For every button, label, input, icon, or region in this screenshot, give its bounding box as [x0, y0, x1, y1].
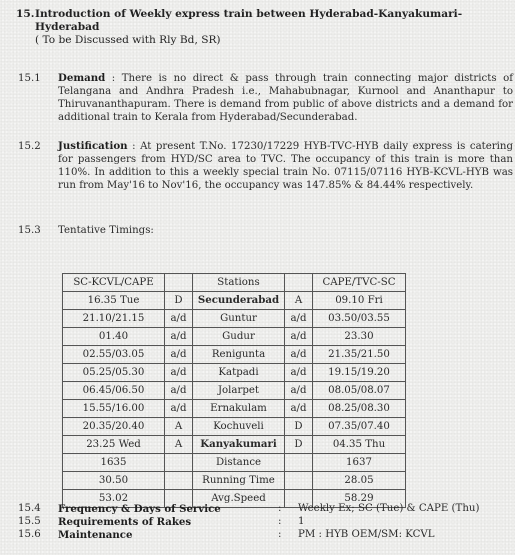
- rakes-row: 15.5 Requirements of Rakes : 1: [18, 516, 508, 528]
- return-time-cell: 07.35/07.40: [313, 418, 406, 436]
- return-code-cell: a/d: [285, 346, 313, 364]
- section-title-line2: Hyderabad: [35, 21, 99, 33]
- outbound-code-cell: a/d: [165, 328, 193, 346]
- return-time-cell: 28.05: [313, 472, 406, 490]
- header-station-cell: Stations: [193, 274, 285, 292]
- return-code-cell: [285, 454, 313, 472]
- maintenance-row: 15.6 Maintenance : PM : HYB OEM/SM: KCVL: [18, 529, 508, 541]
- frequency-row: 15.4 Frequency & Days of Service : Weekl…: [18, 503, 508, 515]
- return-code-cell: D: [285, 436, 313, 454]
- table-row: 06.45/06.50a/dJolarpeta/d08.05/08.07: [63, 382, 406, 400]
- justification-body: Justification : At present T.No. 17230/1…: [58, 140, 513, 192]
- outbound-code-cell: a/d: [165, 364, 193, 382]
- outbound-code-cell: A: [165, 418, 193, 436]
- return-time-cell: 1637: [313, 454, 406, 472]
- justification-number: 15.2: [18, 140, 58, 153]
- table-row: 23.25 WedAKanyakumariD04.35 Thu: [63, 436, 406, 454]
- return-code-cell: a/d: [285, 310, 313, 328]
- outbound-code-cell: [165, 472, 193, 490]
- demand-number: 15.1: [18, 72, 58, 85]
- frequency-colon: :: [278, 503, 281, 515]
- outbound-time-cell: 1635: [63, 454, 165, 472]
- timings-table: SC-KCVL/CAPEStationsCAPE/TVC-SC16.35 Tue…: [62, 273, 406, 508]
- outbound-time-cell: 23.25 Wed: [63, 436, 165, 454]
- return-code-cell: a/d: [285, 328, 313, 346]
- station-cell: Gudur: [193, 328, 285, 346]
- return-time-cell: 21.35/21.50: [313, 346, 406, 364]
- return-time-cell: 08.05/08.07: [313, 382, 406, 400]
- return-code-cell: a/d: [285, 400, 313, 418]
- return-time-cell: 19.15/19.20: [313, 364, 406, 382]
- outbound-time-cell: 15.55/16.00: [63, 400, 165, 418]
- document-page: 15.Introduction of Weekly express train …: [0, 0, 515, 555]
- return-time-cell: 04.35 Thu: [313, 436, 406, 454]
- header-outbound-time-cell: SC-KCVL/CAPE: [63, 274, 165, 292]
- table-row: 20.35/20.40AKochuveliD07.35/07.40: [63, 418, 406, 436]
- demand-label: Demand: [58, 72, 105, 84]
- station-cell: Secunderabad: [193, 292, 285, 310]
- timings-label: Tentative Timings:: [58, 224, 513, 237]
- return-time-cell: 09.10 Fri: [313, 292, 406, 310]
- section-title: Introduction of Weekly express train bet…: [35, 8, 475, 34]
- station-cell: Jolarpet: [193, 382, 285, 400]
- outbound-code-cell: a/d: [165, 382, 193, 400]
- section-subtitle: ( To be Discussed with Rly Bd, SR): [35, 34, 221, 47]
- rakes-value: 1: [298, 516, 304, 528]
- return-code-cell: a/d: [285, 382, 313, 400]
- return-code-cell: D: [285, 418, 313, 436]
- outbound-time-cell: 16.35 Tue: [63, 292, 165, 310]
- header-return-code-cell: [285, 274, 313, 292]
- table-row: 15.55/16.00a/dErnakulama/d08.25/08.30: [63, 400, 406, 418]
- frequency-label: Frequency & Days of Service: [58, 503, 221, 515]
- station-cell: Guntur: [193, 310, 285, 328]
- station-cell: Renigunta: [193, 346, 285, 364]
- frequency-value: Weekly Ex; SC (Tue) & CAPE (Thu): [298, 503, 479, 515]
- section-heading: 15.Introduction of Weekly express train …: [16, 8, 475, 34]
- outbound-time-cell: 02.55/03.05: [63, 346, 165, 364]
- station-cell: Katpadi: [193, 364, 285, 382]
- table-header-row: SC-KCVL/CAPEStationsCAPE/TVC-SC: [63, 274, 406, 292]
- maintenance-value: PM : HYB OEM/SM: KCVL: [298, 529, 435, 541]
- demand-body: Demand : There is no direct & pass throu…: [58, 72, 513, 124]
- station-cell: Ernakulam: [193, 400, 285, 418]
- outbound-time-cell: 05.25/05.30: [63, 364, 165, 382]
- outbound-time-cell: 06.45/06.50: [63, 382, 165, 400]
- station-cell: Kanyakumari: [193, 436, 285, 454]
- return-code-cell: A: [285, 292, 313, 310]
- demand-text: : There is no direct & pass through trai…: [58, 73, 513, 123]
- station-cell: Distance: [193, 454, 285, 472]
- outbound-time-cell: 01.40: [63, 328, 165, 346]
- justification-label: Justification: [58, 140, 128, 152]
- outbound-code-cell: a/d: [165, 400, 193, 418]
- table-row: 21.10/21.15a/dGuntura/d03.50/03.55: [63, 310, 406, 328]
- table-row: 30.50Running Time28.05: [63, 472, 406, 490]
- return-time-cell: 03.50/03.55: [313, 310, 406, 328]
- timings-table-body: SC-KCVL/CAPEStationsCAPE/TVC-SC16.35 Tue…: [63, 274, 406, 508]
- table-row: 01.40a/dGudura/d23.30: [63, 328, 406, 346]
- outbound-time-cell: 30.50: [63, 472, 165, 490]
- outbound-code-cell: D: [165, 292, 193, 310]
- return-time-cell: 23.30: [313, 328, 406, 346]
- rakes-number: 15.5: [18, 516, 58, 528]
- outbound-code-cell: A: [165, 436, 193, 454]
- outbound-time-cell: 21.10/21.15: [63, 310, 165, 328]
- outbound-code-cell: a/d: [165, 310, 193, 328]
- table-row: 1635Distance1637: [63, 454, 406, 472]
- header-outbound-code-cell: [165, 274, 193, 292]
- maintenance-label: Maintenance: [58, 529, 132, 541]
- header-return-time-cell: CAPE/TVC-SC: [313, 274, 406, 292]
- maintenance-colon: :: [278, 529, 281, 541]
- outbound-code-cell: [165, 454, 193, 472]
- rakes-colon: :: [278, 516, 281, 528]
- station-cell: Running Time: [193, 472, 285, 490]
- table-row: 05.25/05.30a/dKatpadia/d19.15/19.20: [63, 364, 406, 382]
- frequency-number: 15.4: [18, 503, 58, 515]
- maintenance-number: 15.6: [18, 529, 58, 541]
- outbound-code-cell: a/d: [165, 346, 193, 364]
- return-time-cell: 08.25/08.30: [313, 400, 406, 418]
- table-row: 16.35 TueDSecunderabadA09.10 Fri: [63, 292, 406, 310]
- section-title-line1: Introduction of Weekly express train bet…: [35, 8, 462, 20]
- outbound-time-cell: 20.35/20.40: [63, 418, 165, 436]
- rakes-label: Requirements of Rakes: [58, 516, 191, 528]
- timings-number: 15.3: [18, 224, 58, 237]
- return-code-cell: [285, 472, 313, 490]
- return-code-cell: a/d: [285, 364, 313, 382]
- table-row: 02.55/03.05a/dReniguntaa/d21.35/21.50: [63, 346, 406, 364]
- section-number: 15.: [16, 8, 35, 21]
- station-cell: Kochuveli: [193, 418, 285, 436]
